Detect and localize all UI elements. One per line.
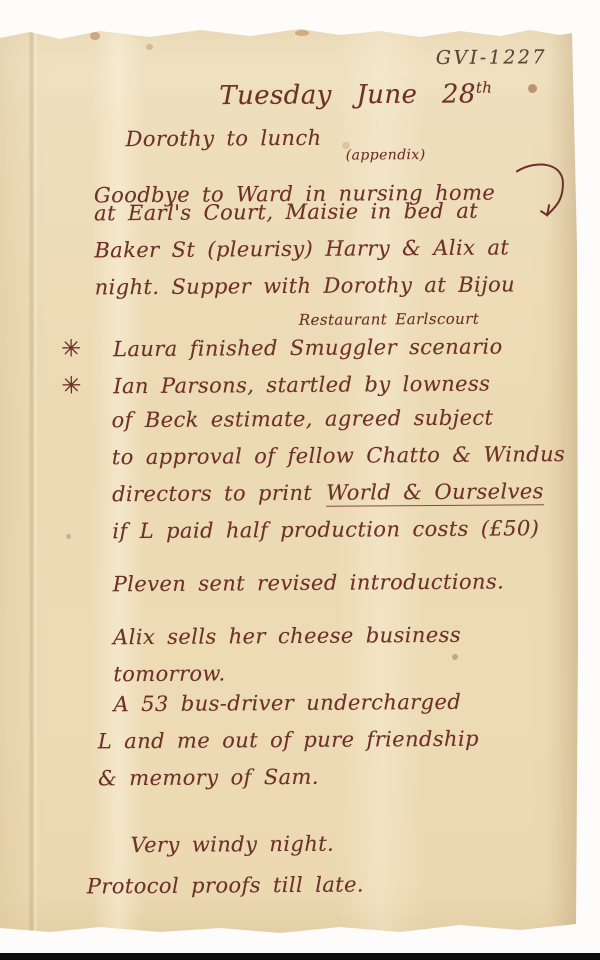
- asterisk-marker: ✳: [61, 371, 113, 399]
- diary-line: Pleven sent revised introductions.: [113, 569, 579, 609]
- interlinear-note-restaurant: Restaurant Earlscourt: [299, 309, 577, 333]
- diary-line: & memory of Sam.: [98, 763, 580, 803]
- date-ordinal: th: [476, 79, 493, 97]
- photograph-background: GVI-1227 Tuesday June 28th Dorothy to lu…: [0, 0, 600, 960]
- manuscript-page: GVI-1227 Tuesday June 28th Dorothy to lu…: [0, 26, 578, 934]
- entry-date: Tuesday June 28: [219, 79, 476, 111]
- diary-line: directors to printWorld & Ourselves: [112, 479, 578, 519]
- diary-line: L and me out of pure friendship: [98, 726, 580, 766]
- diary-line: ✳Ian Parsons, startled by lowness: [61, 368, 577, 409]
- diary-line: to approval of fellow Chatto & Windus: [112, 442, 578, 482]
- diary-line: ✳Laura finished Smuggler scenario: [61, 331, 577, 372]
- diary-line-text: Laura finished Smuggler scenario: [113, 335, 503, 362]
- diary-line-text: Goodbye to Ward in nursing home: [94, 181, 495, 208]
- asterisk-marker: ✳: [61, 334, 113, 362]
- scan-edge-bar: [0, 953, 600, 960]
- diary-line: Baker St (pleurisy) Harry & Alix at: [94, 235, 576, 275]
- diary-line: Very windy night.: [130, 830, 580, 870]
- entry-date-heading: Tuesday June 28th: [219, 78, 575, 120]
- diary-line: if L paid half production costs (£50): [112, 516, 578, 556]
- diary-line: night. Supper with Dorothy at Bijou: [95, 272, 577, 312]
- diary-line: Protocol proofs till late.: [87, 871, 581, 911]
- insertion-bracket-flourish: [515, 161, 567, 221]
- interlinear-note-appendix: (appendix): [346, 147, 426, 164]
- diary-line: Alix sells her cheese business: [113, 622, 579, 662]
- diary-line-text: Ian Parsons, startled by lowness: [113, 372, 490, 399]
- handwritten-text-layer: GVI-1227 Tuesday June 28th Dorothy to lu…: [0, 24, 581, 936]
- underlined-book-title: World & Ourselves: [326, 479, 544, 507]
- diary-line: A 53 bus-driver undercharged: [113, 689, 579, 729]
- diary-line: (appendix) Goodbye to Ward in nursing ho…: [94, 161, 576, 201]
- diary-line: of Beck estimate, agreed subject: [111, 405, 577, 445]
- diary-line: tomorrow.: [113, 659, 579, 692]
- catalog-number: GVI-1227: [436, 46, 547, 69]
- diary-line-text: directors to print: [112, 481, 312, 506]
